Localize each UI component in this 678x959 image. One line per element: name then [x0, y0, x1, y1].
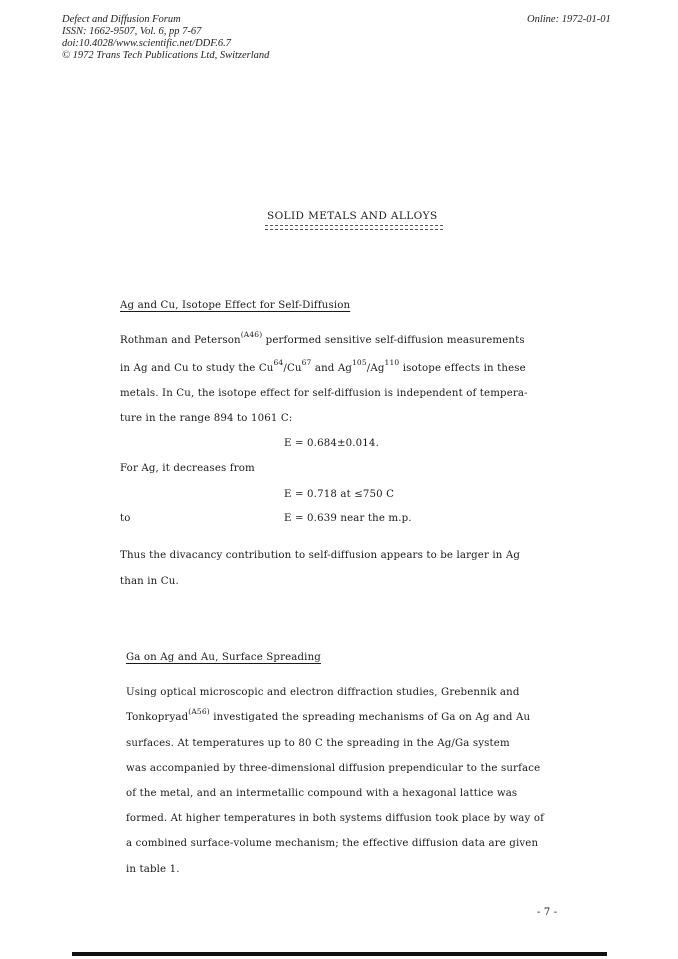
text-span: Tonkopryad: [126, 712, 188, 723]
paragraph-line: than in Cu.: [120, 576, 179, 587]
isotope-superscript: 64: [274, 358, 284, 367]
reference-marker: (A56): [188, 707, 210, 716]
bottom-rule: [72, 952, 607, 956]
copyright-line: © 1972 Trans Tech Publications Ltd, Swit…: [62, 50, 269, 62]
equation: E = 0.718 at ≤750 C: [284, 489, 394, 500]
journal-header: Defect and Diffusion Forum ISSN: 1662-95…: [62, 14, 269, 62]
paragraph-line: a combined surface-volume mechanism; the…: [126, 838, 538, 849]
section-heading-surface-spreading: Ga on Ag and Au, Surface Spreading: [126, 652, 321, 663]
reference-marker: (A46): [241, 330, 263, 339]
isotope-superscript: 105: [352, 358, 367, 367]
text-span: Rothman and Peterson: [120, 335, 241, 346]
paragraph-line: in Ag and Cu to study the Cu64/Cu67 and …: [120, 363, 526, 374]
text-span: and Ag: [311, 363, 352, 374]
paragraph-line: in table 1.: [126, 864, 180, 875]
issn-line: ISSN: 1662-9507, Vol. 6, pp 7-67: [62, 26, 269, 38]
journal-name: Defect and Diffusion Forum: [62, 14, 269, 26]
text-span: investigated the spreading mechanisms of…: [210, 712, 530, 723]
paragraph-line: Rothman and Peterson(A46) performed sens…: [120, 335, 525, 346]
equation: E = 0.639 near the m.p.: [284, 513, 412, 524]
title-double-underline: [265, 225, 443, 230]
text-span: in Ag and Cu to study the Cu: [120, 363, 274, 374]
paragraph-line: of the metal, and an intermetallic compo…: [126, 788, 517, 799]
equation: E = 0.684±0.014.: [284, 438, 379, 449]
page-title: SOLID METALS AND ALLOYS: [267, 210, 438, 222]
paragraph-line: Using optical microscopic and electron d…: [126, 687, 520, 698]
section-heading-isotope-effect: Ag and Cu, Isotope Effect for Self-Diffu…: [120, 300, 350, 311]
isotope-superscript: 67: [302, 358, 312, 367]
isotope-superscript: 110: [385, 358, 400, 367]
paragraph-line: was accompanied by three-dimensional dif…: [126, 763, 540, 774]
text-span: isotope effects in these: [399, 363, 526, 374]
online-date: Online: 1972-01-01: [527, 14, 611, 26]
paragraph-line: ture in the range 894 to 1061 C:: [120, 413, 292, 424]
text-span: /Ag: [367, 363, 385, 374]
paragraph-line: Thus the divacancy contribution to self-…: [120, 550, 520, 561]
to-label: to: [120, 513, 131, 524]
text-span: performed sensitive self-diffusion measu…: [262, 335, 524, 346]
paragraph-line: metals. In Cu, the isotope effect for se…: [120, 388, 528, 399]
paragraph-line: surfaces. At temperatures up to 80 C the…: [126, 738, 510, 749]
page-number: - 7 -: [537, 907, 557, 918]
doi-line: doi:10.4028/www.scientific.net/DDF.6.7: [62, 38, 269, 50]
paragraph-line: formed. At higher temperatures in both s…: [126, 813, 544, 824]
paragraph-line: For Ag, it decreases from: [120, 463, 255, 474]
text-span: /Cu: [283, 363, 301, 374]
paragraph-line: Tonkopryad(A56) investigated the spreadi…: [126, 712, 530, 723]
